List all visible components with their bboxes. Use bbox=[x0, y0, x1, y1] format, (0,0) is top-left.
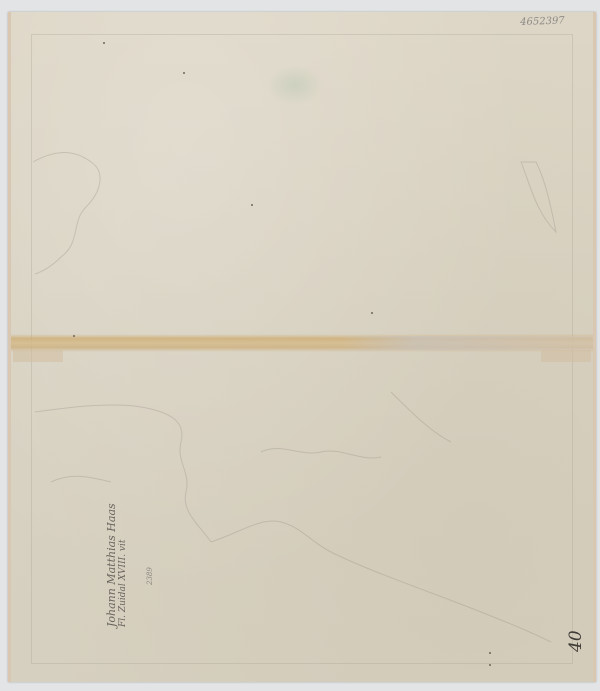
foxing-spot bbox=[183, 72, 185, 74]
foxing-spot bbox=[489, 652, 491, 654]
fold-abrasion bbox=[341, 336, 593, 350]
foxing-spot bbox=[103, 42, 105, 44]
map-sheet-verso bbox=[8, 12, 596, 682]
handwritten-sheet-number: 40 bbox=[566, 630, 586, 652]
hinge-tab-right bbox=[541, 350, 591, 362]
handwritten-subtitle: Fl. Zuidal XVIII. vit bbox=[118, 539, 128, 627]
foxing-spot bbox=[251, 204, 253, 206]
inventory-number: 4652397 bbox=[520, 15, 565, 28]
foxing-spot bbox=[73, 335, 75, 337]
hinge-tab-left bbox=[13, 350, 63, 362]
foxing-spot bbox=[489, 664, 491, 666]
handwritten-number: 2389 bbox=[146, 567, 154, 585]
foxing-spot bbox=[371, 312, 373, 314]
handwritten-engraver-name: Johann Matthias Haas bbox=[105, 503, 118, 627]
